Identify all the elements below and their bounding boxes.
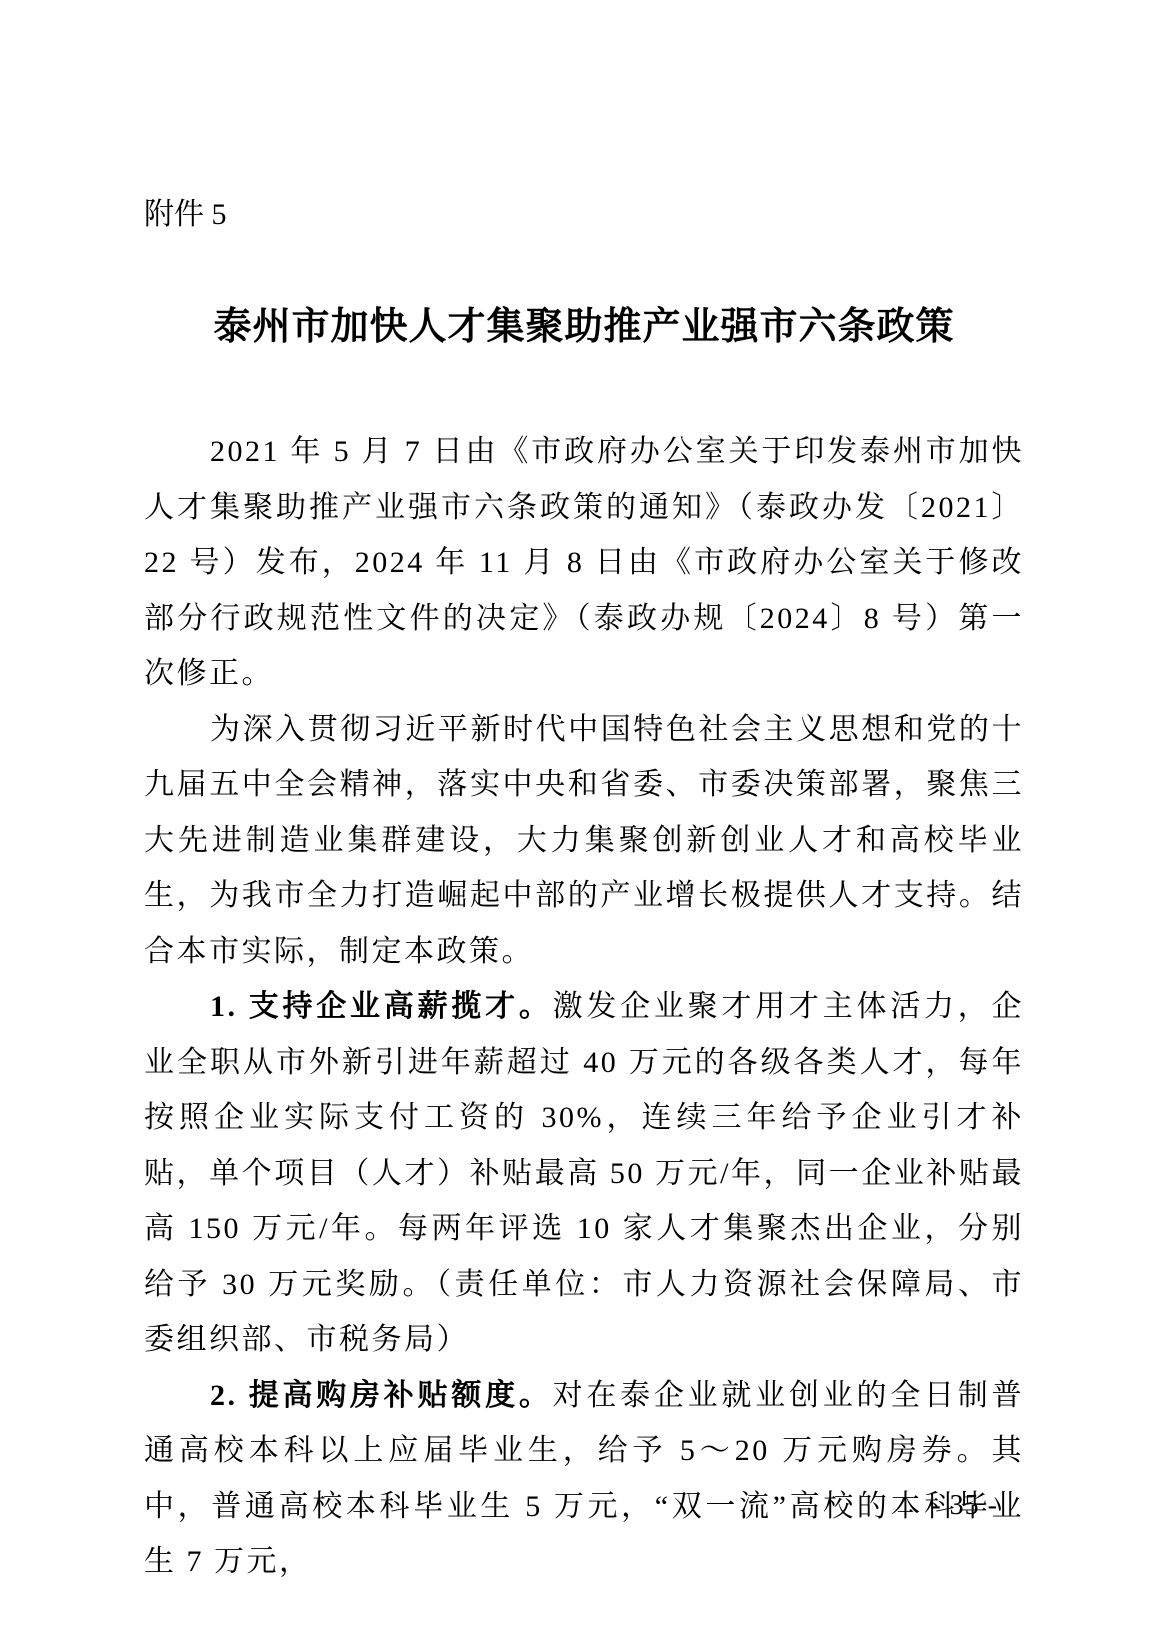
paragraph-promulgation-text: 2021 年 5 月 7 日由《市政府办公室关于印发泰州市加快人才集聚助推产业强… xyxy=(144,435,1024,690)
attachment-label: 附件 5 xyxy=(144,192,1024,238)
document-body: 2021 年 5 月 7 日由《市政府办公室关于印发泰州市加快人才集聚助推产业强… xyxy=(144,424,1024,1590)
paragraph-preamble-text: 为深入贯彻习近平新时代中国特色社会主义思想和党的十九届五中全会精神，落实中央和省… xyxy=(144,713,1024,968)
policy-item-1: 1. 支持企业高薪揽才。激发企业聚才用才主体活力，企业全职从市外新引进年薪超过 … xyxy=(144,979,1024,1368)
page-number: - 35 - xyxy=(931,1489,998,1523)
policy-item-2-heading: 2. 提高购房补贴额度。 xyxy=(210,1379,553,1412)
paragraph-promulgation: 2021 年 5 月 7 日由《市政府办公室关于印发泰州市加快人才集聚助推产业强… xyxy=(144,424,1024,702)
document-page: 附件 5 泰州市加快人才集聚助推产业强市六条政策 2021 年 5 月 7 日由… xyxy=(0,0,1158,1637)
policy-item-1-heading: 1. 支持企业高薪揽才。 xyxy=(210,990,553,1023)
policy-item-2: 2. 提高购房补贴额度。对在泰企业就业创业的全日制普通高校本科以上应届毕业生，给… xyxy=(144,1368,1024,1590)
policy-item-1-body: 激发企业聚才用才主体活力，企业全职从市外新引进年薪超过 40 万元的各级各类人才… xyxy=(144,990,1024,1301)
document-title: 泰州市加快人才集聚助推产业强市六条政策 xyxy=(144,300,1024,354)
paragraph-preamble: 为深入贯彻习近平新时代中国特色社会主义思想和党的十九届五中全会精神，落实中央和省… xyxy=(144,702,1024,980)
